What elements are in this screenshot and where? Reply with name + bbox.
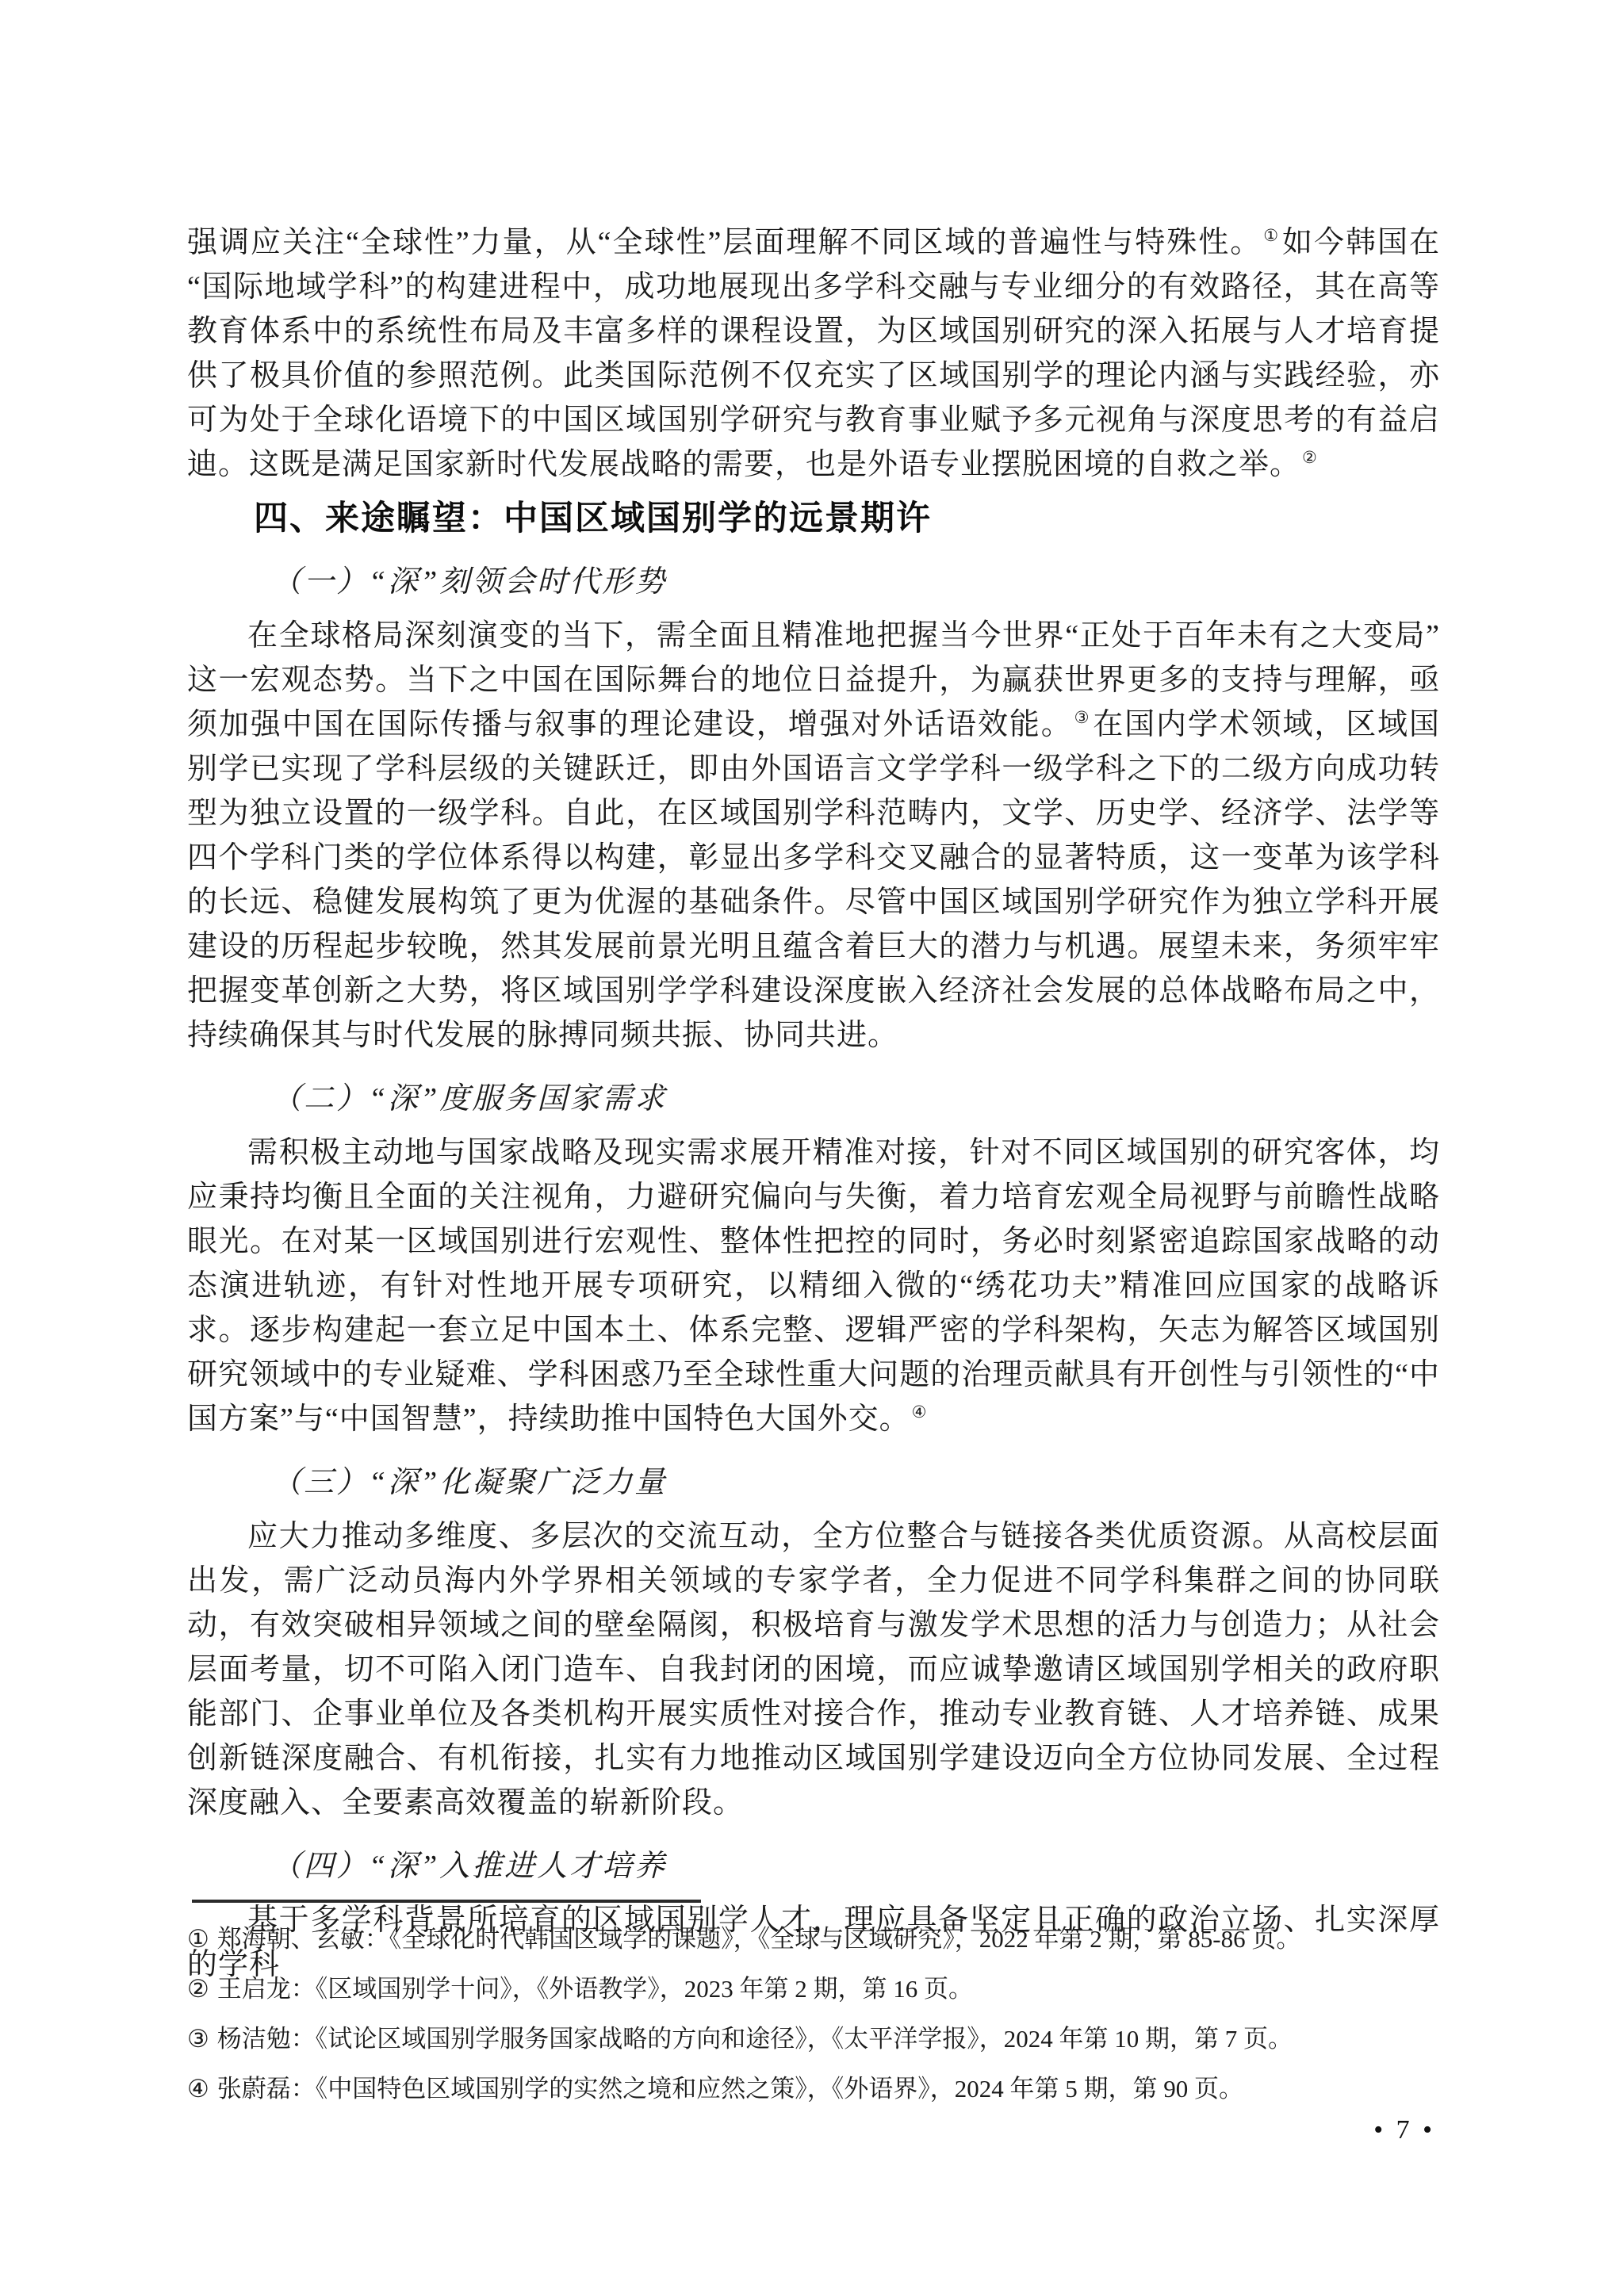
footnote-4-text: 张蔚磊：《中国特色区域国别学的实然之境和应然之策》，《外语界》，2024 年第 … <box>217 2075 1243 2103</box>
footnote-2: ②王启龙：《区域国别学十问》，《外语教学》，2023 年第 2 期，第 16 页… <box>187 1964 1440 2014</box>
subsection-paragraph-3: 应大力推动多维度、多层次的交流互动，全方位整合与链接各类优质资源。从高校层面出发… <box>187 1514 1440 1825</box>
section-heading: 四、来途瞩望：中国区域国别学的远景期许 <box>187 496 1440 541</box>
footnote-1: ①郑海朝、玄敏：《全球化时代韩国区域学的课题》，《全球与区域研究》，2022 年… <box>187 1914 1440 1964</box>
footnote-3: ③杨洁勉：《试论区域国别学服务国家战略的方向和途径》，《太平洋学报》，2024 … <box>187 2014 1440 2064</box>
footnote-2-marker: ② <box>187 1964 209 2014</box>
footnote-area: ①郑海朝、玄敏：《全球化时代韩国区域学的课题》，《全球与区域研究》，2022 年… <box>187 1900 1440 2114</box>
footnote-4: ④张蔚磊：《中国特色区域国别学的实然之境和应然之策》，《外语界》，2024 年第… <box>187 2064 1440 2114</box>
paragraph-continuation: 强调应关注“全球性”力量，从“全球性”层面理解不同区域的普遍性与特殊性。①如今韩… <box>187 220 1440 487</box>
subsection-heading-3: （三）“深”化凝聚广泛力量 <box>187 1460 1440 1505</box>
footnote-1-marker: ① <box>187 1914 209 1964</box>
footnote-4-marker: ④ <box>187 2064 209 2114</box>
document-page: 强调应关注“全球性”力量，从“全球性”层面理解不同区域的普遍性与特殊性。①如今韩… <box>0 0 1624 2296</box>
page-number: • 7 • <box>1373 2115 1435 2145</box>
subsection-heading-4: （四）“深”入推进人才培养 <box>187 1844 1440 1888</box>
subsection-paragraph-2: 需积极主动地与国家战略及现实需求展开精准对接，针对不同区域国别的研究客体，均应秉… <box>187 1131 1440 1441</box>
footnote-3-text: 杨洁勉：《试论区域国别学服务国家战略的方向和途径》，《太平洋学报》，2024 年… <box>217 2025 1293 2053</box>
subsection-paragraph-1: 在全球格局深刻演变的当下，需全面且精准地把握当今世界“正处于百年未有之大变局”这… <box>187 614 1440 1058</box>
subsection-heading-1: （一）“深”刻领会时代形势 <box>187 560 1440 604</box>
footnote-2-text: 王启龙：《区域国别学十问》，《外语教学》，2023 年第 2 期，第 16 页。 <box>217 1975 973 2003</box>
main-text-column: 强调应关注“全球性”力量，从“全球性”层面理解不同区域的普遍性与特殊性。①如今韩… <box>187 220 1440 1987</box>
footnote-1-text: 郑海朝、玄敏：《全球化时代韩国区域学的课题》，《全球与区域研究》，2022 年第… <box>217 1925 1301 1953</box>
footnote-3-marker: ③ <box>187 2014 209 2064</box>
subsection-heading-2: （二）“深”度服务国家需求 <box>187 1077 1440 1121</box>
footnote-separator <box>192 1900 701 1903</box>
